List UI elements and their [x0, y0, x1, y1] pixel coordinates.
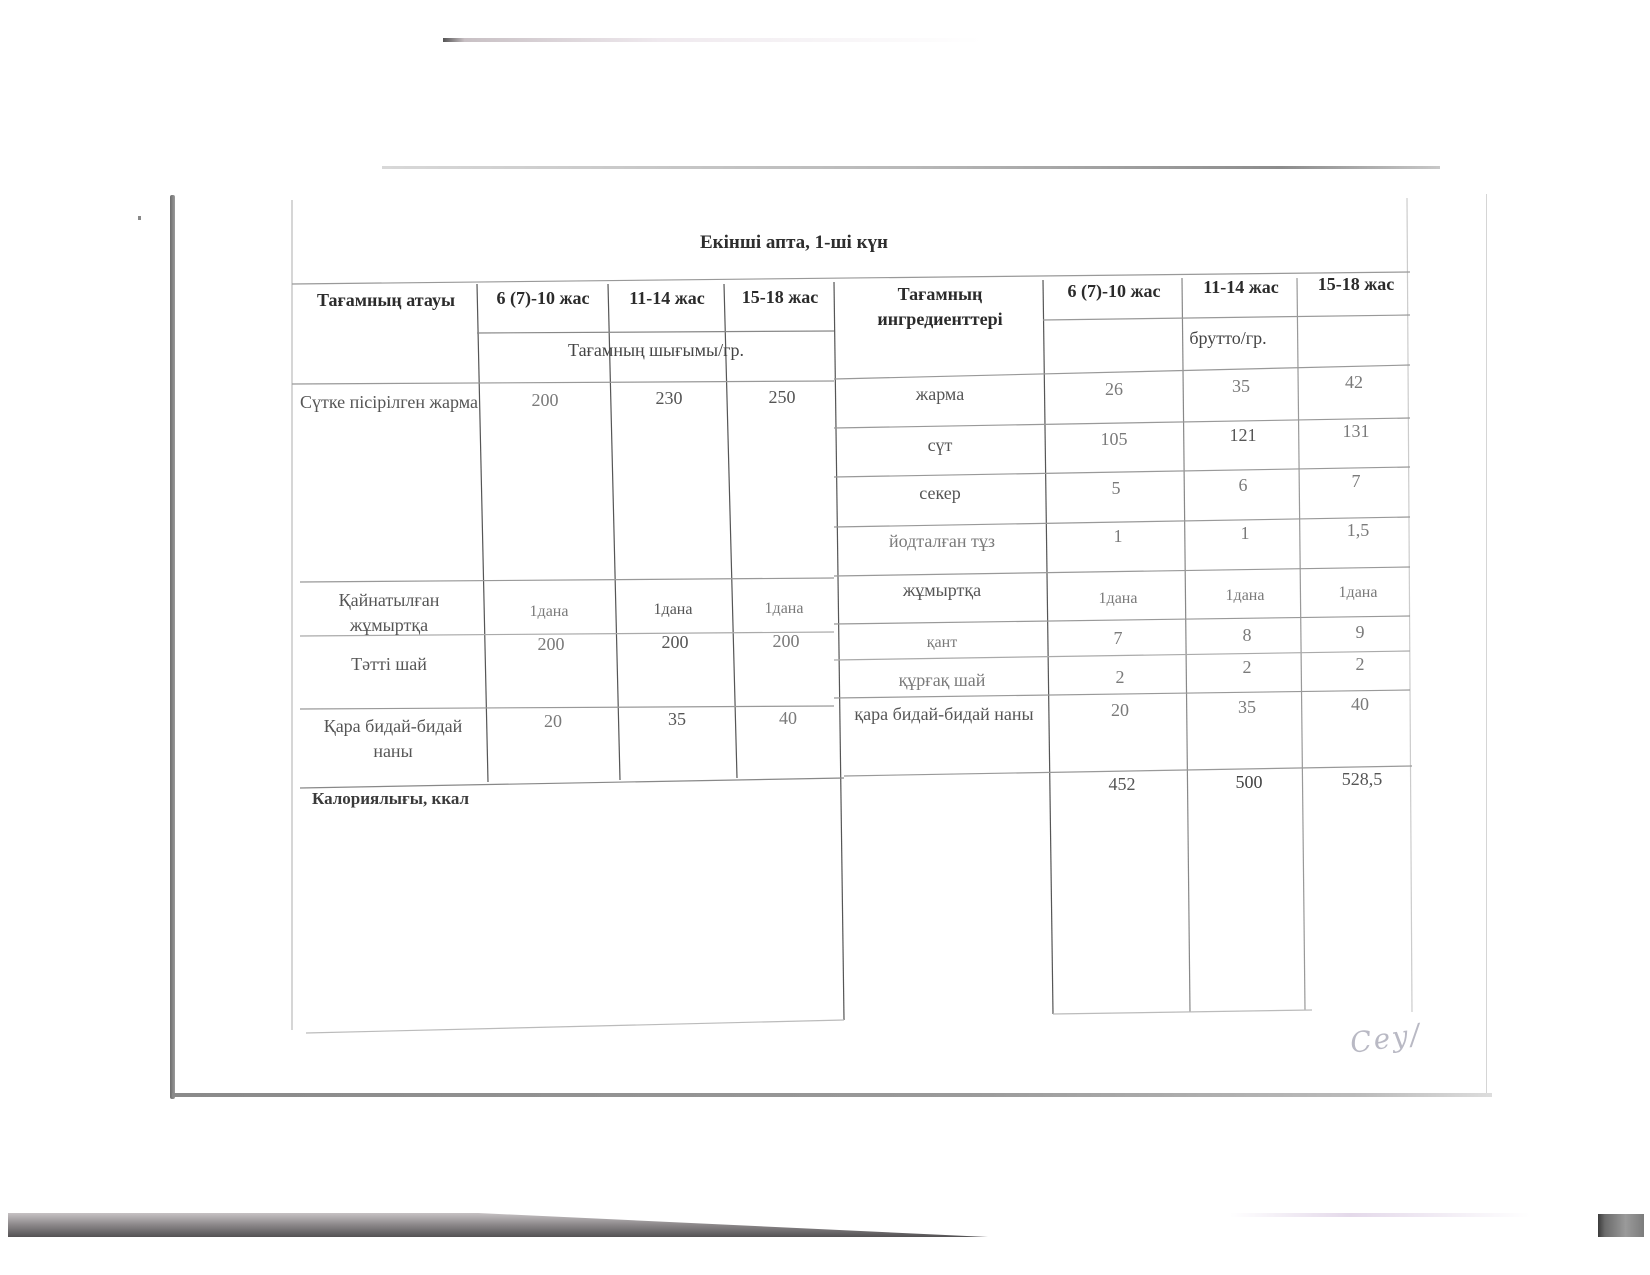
food-row-2-val-2: 1дана [616, 597, 730, 622]
ingredient-row-8-name: қара бидай-бидай наны [842, 702, 1046, 727]
food-row-3-val-3: 200 [732, 629, 840, 654]
ingredient-row-6-name: қант [838, 630, 1046, 655]
ingredient-row-5-val-3: 1дана [1302, 580, 1414, 605]
ingredient-row-4-val-3: 1,5 [1302, 518, 1414, 543]
calories-val-3: 528,5 [1306, 767, 1418, 792]
header-r-age-15-18: 15-18 жас [1300, 272, 1412, 297]
ingredient-row-4-name: йодталған тұз [838, 529, 1046, 554]
ingredient-row-8-val-2: 35 [1190, 695, 1304, 720]
ingredient-row-3-val-2: 6 [1186, 473, 1300, 498]
scan-artifact-bottom-right [1598, 1214, 1644, 1237]
food-row-4-val-2: 35 [620, 707, 734, 732]
header-age-15-18: 15-18 жас [726, 285, 834, 310]
page-frame-left [170, 195, 175, 1099]
ingredient-row-7-val-2: 2 [1190, 655, 1304, 680]
header-r-age-11-14: 11-14 жас [1184, 275, 1298, 300]
ingredient-row-6-val-2: 8 [1190, 623, 1304, 648]
food-row-1-val-1: 200 [480, 388, 610, 413]
ingredient-row-7-val-1: 2 [1052, 665, 1188, 690]
page-frame-top [382, 166, 1440, 169]
ingredient-row-1-val-2: 35 [1184, 374, 1298, 399]
scan-artifact-bottom-bar [8, 1213, 988, 1237]
food-row-2-val-1: 1дана [484, 599, 614, 624]
document-title: Екінші апта, 1-ші күн [700, 232, 1260, 254]
ingredient-row-2-name: сүт [836, 433, 1044, 458]
calories-val-2: 500 [1192, 770, 1306, 795]
ingredient-row-5-val-2: 1дана [1188, 583, 1302, 608]
food-row-2-val-3: 1дана [730, 596, 838, 621]
subheader-brutto: брутто/гр. [1046, 326, 1410, 351]
header-age-11-14: 11-14 жас [610, 286, 724, 311]
page-frame-right [1486, 194, 1487, 1094]
food-row-1-name: Сүтке пісірілген жарма [300, 390, 478, 415]
food-row-3-val-1: 200 [486, 632, 616, 657]
scan-artifact-faint [1230, 1213, 1530, 1217]
ingredient-row-5-val-1: 1дана [1050, 586, 1186, 611]
ingredient-row-2-val-1: 105 [1046, 427, 1182, 452]
food-row-3-val-2: 200 [618, 630, 732, 655]
calories-label: Калориялығы, ккал [312, 786, 612, 811]
header-ingredients: Тағамның ингредиенттері [840, 282, 1040, 332]
ingredient-row-4-val-2: 1 [1188, 521, 1302, 546]
ingredient-row-3-name: секер [836, 481, 1044, 506]
ingredient-row-1-val-1: 26 [1046, 377, 1182, 402]
ingredient-row-5-name: жұмыртқа [838, 578, 1046, 603]
ingredient-row-2-val-3: 131 [1300, 419, 1412, 444]
ingredient-row-8-val-1: 20 [1052, 698, 1188, 723]
page-frame-bottom [172, 1093, 1492, 1097]
food-row-3-name: Тәтті шай [300, 652, 478, 677]
ingredient-row-2-val-2: 121 [1186, 423, 1300, 448]
ingredient-row-3-val-1: 5 [1048, 476, 1184, 501]
food-row-1-val-2: 230 [612, 386, 726, 411]
ingredient-row-7-name: құрғақ шай [838, 668, 1046, 693]
ingredient-row-8-val-3: 40 [1304, 692, 1416, 717]
ingredient-row-3-val-3: 7 [1300, 469, 1412, 494]
ingredient-row-6-val-3: 9 [1304, 620, 1416, 645]
food-row-4-val-1: 20 [488, 709, 618, 734]
ingredient-row-4-val-1: 1 [1050, 524, 1186, 549]
calories-val-1: 452 [1054, 772, 1190, 797]
scan-speck [138, 216, 141, 220]
ingredient-row-6-val-1: 7 [1050, 626, 1186, 651]
food-row-2-name: Қайнатылған жұмыртқа [300, 588, 478, 638]
header-food-name: Тағамның атауы [296, 288, 476, 313]
scan-artifact-top [443, 38, 983, 42]
ingredient-row-1-name: жарма [836, 382, 1044, 407]
handwritten-signature: Сеу/ [1348, 1017, 1424, 1060]
header-age-6-10: 6 (7)-10 жас [478, 286, 608, 311]
food-row-1-val-3: 250 [728, 385, 836, 410]
food-row-4-name: Қара бидай-бидай наны [302, 714, 484, 764]
header-r-age-6-10: 6 (7)-10 жас [1046, 279, 1182, 304]
food-row-4-val-3: 40 [734, 706, 842, 731]
subheader-food-yield: Тағамның шығымы/гр. [478, 338, 834, 363]
ingredient-row-7-val-3: 2 [1304, 652, 1416, 677]
ingredient-row-1-val-3: 42 [1298, 370, 1410, 395]
